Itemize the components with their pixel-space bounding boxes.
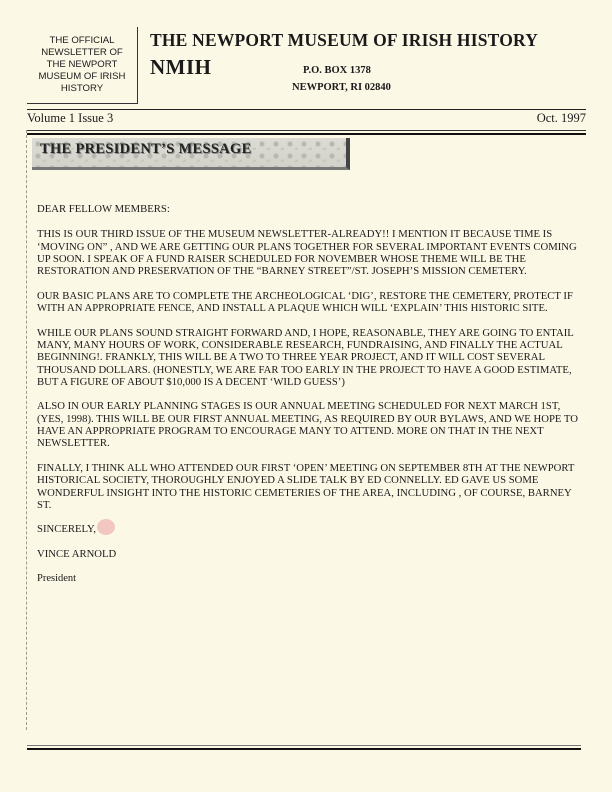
- mailing-address: P.O. BOX 1378 NEWPORT, RI 02840: [292, 62, 391, 96]
- volume-issue: Volume 1 Issue 3: [27, 111, 113, 126]
- section-banner: THE PRESIDENT’S MESSAGE: [32, 138, 350, 170]
- tagline-line: THE OFFICIAL: [27, 35, 137, 47]
- letter-paragraph: THIS IS OUR THIRD ISSUE OF THE MUSEUM NE…: [37, 228, 582, 277]
- address-line-1: P.O. BOX 1378: [292, 62, 391, 79]
- masthead-tagline-box: THE OFFICIAL NEWSLETTER OF THE NEWPORT M…: [27, 27, 138, 104]
- address-line-2: NEWPORT, RI 02840: [292, 79, 391, 96]
- tagline-line: THE NEWPORT: [27, 59, 137, 71]
- issue-date: Oct. 1997: [537, 111, 586, 126]
- letter-paragraph: FINALLY, I THINK ALL WHO ATTENDED OUR FI…: [37, 462, 582, 511]
- tagline-line: MUSEUM OF IRISH: [27, 71, 137, 83]
- letter-paragraph: OUR BASIC PLANS ARE TO COMPLETE THE ARCH…: [37, 290, 582, 315]
- signer-role: President: [37, 573, 582, 585]
- header-divider: [27, 109, 586, 110]
- footer-divider: [27, 745, 581, 750]
- letter-paragraph: WHILE OUR PLANS SOUND STRAIGHT FORWARD A…: [37, 327, 582, 388]
- newsletter-page: THE OFFICIAL NEWSLETTER OF THE NEWPORT M…: [0, 0, 612, 792]
- signer-name: VINCE ARNOLD: [37, 548, 582, 560]
- letter-paragraph: ALSO IN OUR EARLY PLANNING STAGES IS OUR…: [37, 400, 582, 449]
- tagline-line: NEWSLETTER OF: [27, 47, 137, 59]
- presidents-letter: DEAR FELLOW MEMBERS: THIS IS OUR THIRD I…: [37, 203, 582, 597]
- section-heading: THE PRESIDENT’S MESSAGE: [40, 141, 252, 158]
- museum-title: THE NEWPORT MUSEUM OF IRISH HISTORY: [150, 30, 538, 51]
- left-margin-rule: [26, 130, 27, 730]
- salutation: DEAR FELLOW MEMBERS:: [37, 203, 582, 215]
- museum-acronym: NMIH: [150, 55, 212, 80]
- closing: SINCERELY,: [37, 523, 582, 535]
- tagline-line: HISTORY: [27, 83, 137, 95]
- section-divider: [27, 130, 586, 135]
